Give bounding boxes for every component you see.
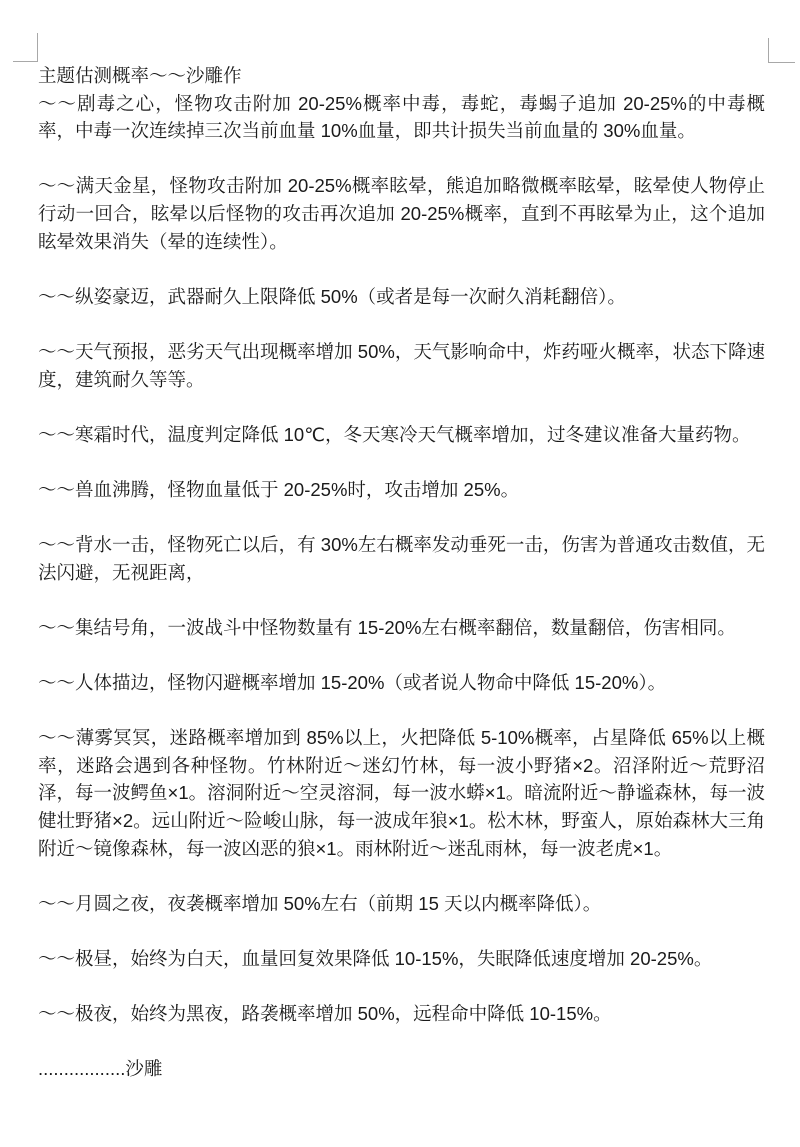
margin-crop-mark-top-right — [768, 38, 795, 63]
document-title: 主题估测概率～～沙雕作 — [38, 62, 765, 90]
paragraph-weather-forecast: ～～天气预报，恶劣天气出现概率增加 50%，天气影响命中，炸药哑火概率，状态下降… — [38, 338, 765, 393]
paragraph-frost-era: ～～寒霜时代，温度判定降低 10℃，冬天寒冷天气概率增加，过冬建议准备大量药物。 — [38, 421, 765, 449]
paragraph-weapon-durability: ～～纵姿豪迈，武器耐久上限降低 50%（或者是每一次耐久消耗翻倍）。 — [38, 283, 765, 311]
paragraph-polar-day: ～～极昼，始终为白天，血量回复效果降低 10-15%，失眠降低速度增加 20-2… — [38, 945, 765, 973]
paragraph-beast-blood: ～～兽血沸腾，怪物血量低于 20-25%时，攻击增加 25%。 — [38, 476, 765, 504]
document-page: 主题估测概率～～沙雕作 ～～剧毒之心，怪物攻击附加 20-25%概率中毒，毒蛇，… — [0, 0, 800, 1147]
document-content: 主题估测概率～～沙雕作 ～～剧毒之心，怪物攻击附加 20-25%概率中毒，毒蛇，… — [38, 62, 765, 1083]
footer-signature: .................沙雕 — [38, 1055, 765, 1083]
paragraph-dodge-outline: ～～人体描边，怪物闪避概率增加 15-20%（或者说人物命中降低 15-20%）… — [38, 669, 765, 697]
paragraph-full-moon-night: ～～月圆之夜，夜袭概率增加 50%左右（前期 15 天以内概率降低）。 — [38, 890, 765, 918]
paragraph-dying-strike: ～～背水一击，怪物死亡以后，有 30%左右概率发动垂死一击，伤害为普通攻击数值，… — [38, 531, 765, 586]
paragraph-dizzy-stars: ～～满天金星，怪物攻击附加 20-25%概率眩晕，熊追加略微概率眩晕，眩晕使人物… — [38, 172, 765, 255]
paragraph-poison-heart: ～～剧毒之心，怪物攻击附加 20-25%概率中毒，毒蛇，毒蝎子追加 20-25%… — [38, 90, 765, 145]
margin-crop-mark-top-left — [13, 33, 38, 62]
paragraph-polar-night: ～～极夜，始终为黑夜，路袭概率增加 50%，远程命中降低 10-15%。 — [38, 1000, 765, 1028]
paragraph-misty-fog: ～～薄雾冥冥，迷路概率增加到 85%以上，火把降低 5-10%概率，占星降低 6… — [38, 724, 765, 862]
paragraph-rally-horn: ～～集结号角，一波战斗中怪物数量有 15-20%左右概率翻倍，数量翻倍，伤害相同… — [38, 614, 765, 642]
